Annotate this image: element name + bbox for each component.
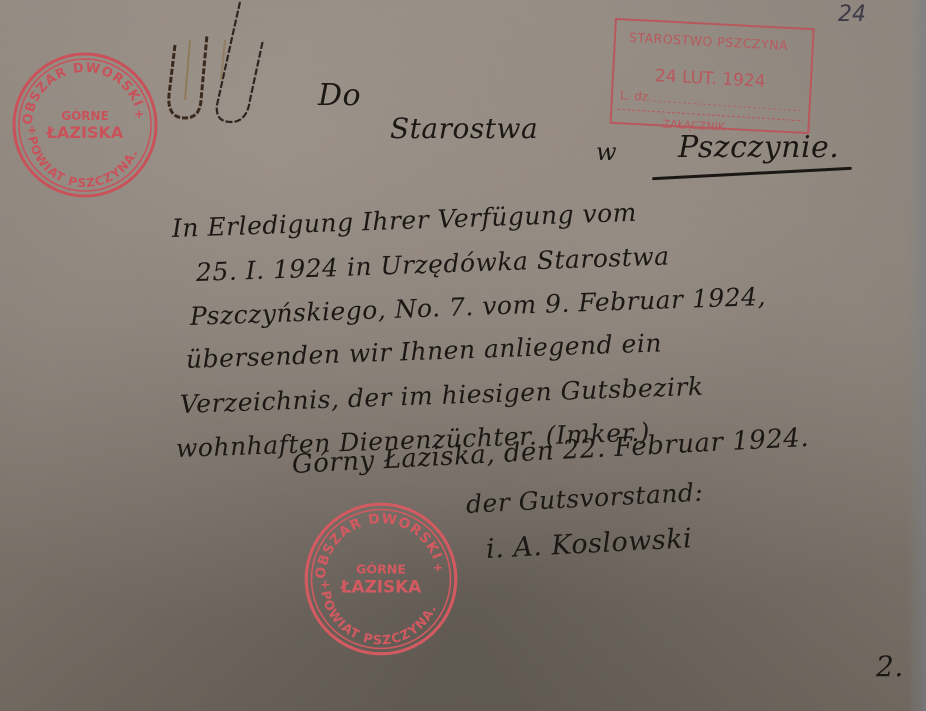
- svg-text:+: +: [27, 123, 37, 137]
- stamp-center-line2: ŁAZISKA: [46, 123, 124, 142]
- addressee-line: Starostwa: [390, 112, 538, 145]
- paper-clip-mark: [155, 0, 265, 130]
- stamp-center-line2: ŁAZISKA: [340, 577, 422, 597]
- page-edge: [908, 0, 926, 711]
- receipt-ref-label: L. dz.: [620, 88, 653, 104]
- svg-text:+: +: [433, 560, 444, 575]
- receipt-date: 24 LUT. 1924: [655, 66, 766, 92]
- archive-page-number: 24: [838, 2, 866, 27]
- svg-text:+: +: [134, 107, 144, 121]
- page-marker: 2.: [876, 650, 904, 683]
- addressee-place: Pszczynie.: [678, 130, 839, 165]
- round-stamp-top: OBSZAR DWORSKI POWIAT PSZCZYNA. + + GÓRN…: [10, 50, 160, 200]
- salutation: Do: [318, 78, 361, 113]
- stamp-center-line1: GÓRNE: [356, 562, 406, 577]
- stamp-center-line1: GÓRNE: [61, 108, 109, 123]
- round-stamp-bottom: OBSZAR DWORSKI POWIAT PSZCZYNA. + + GÓRN…: [302, 500, 460, 658]
- svg-text:+: +: [320, 576, 331, 591]
- addressee-preposition: w: [596, 138, 617, 166]
- receipt-office: STAROSTWO PSZCZYNA: [629, 30, 789, 53]
- receipt-stamp: STAROSTWO PSZCZYNA 24 LUT. 1924 L. dz. Z…: [605, 18, 820, 138]
